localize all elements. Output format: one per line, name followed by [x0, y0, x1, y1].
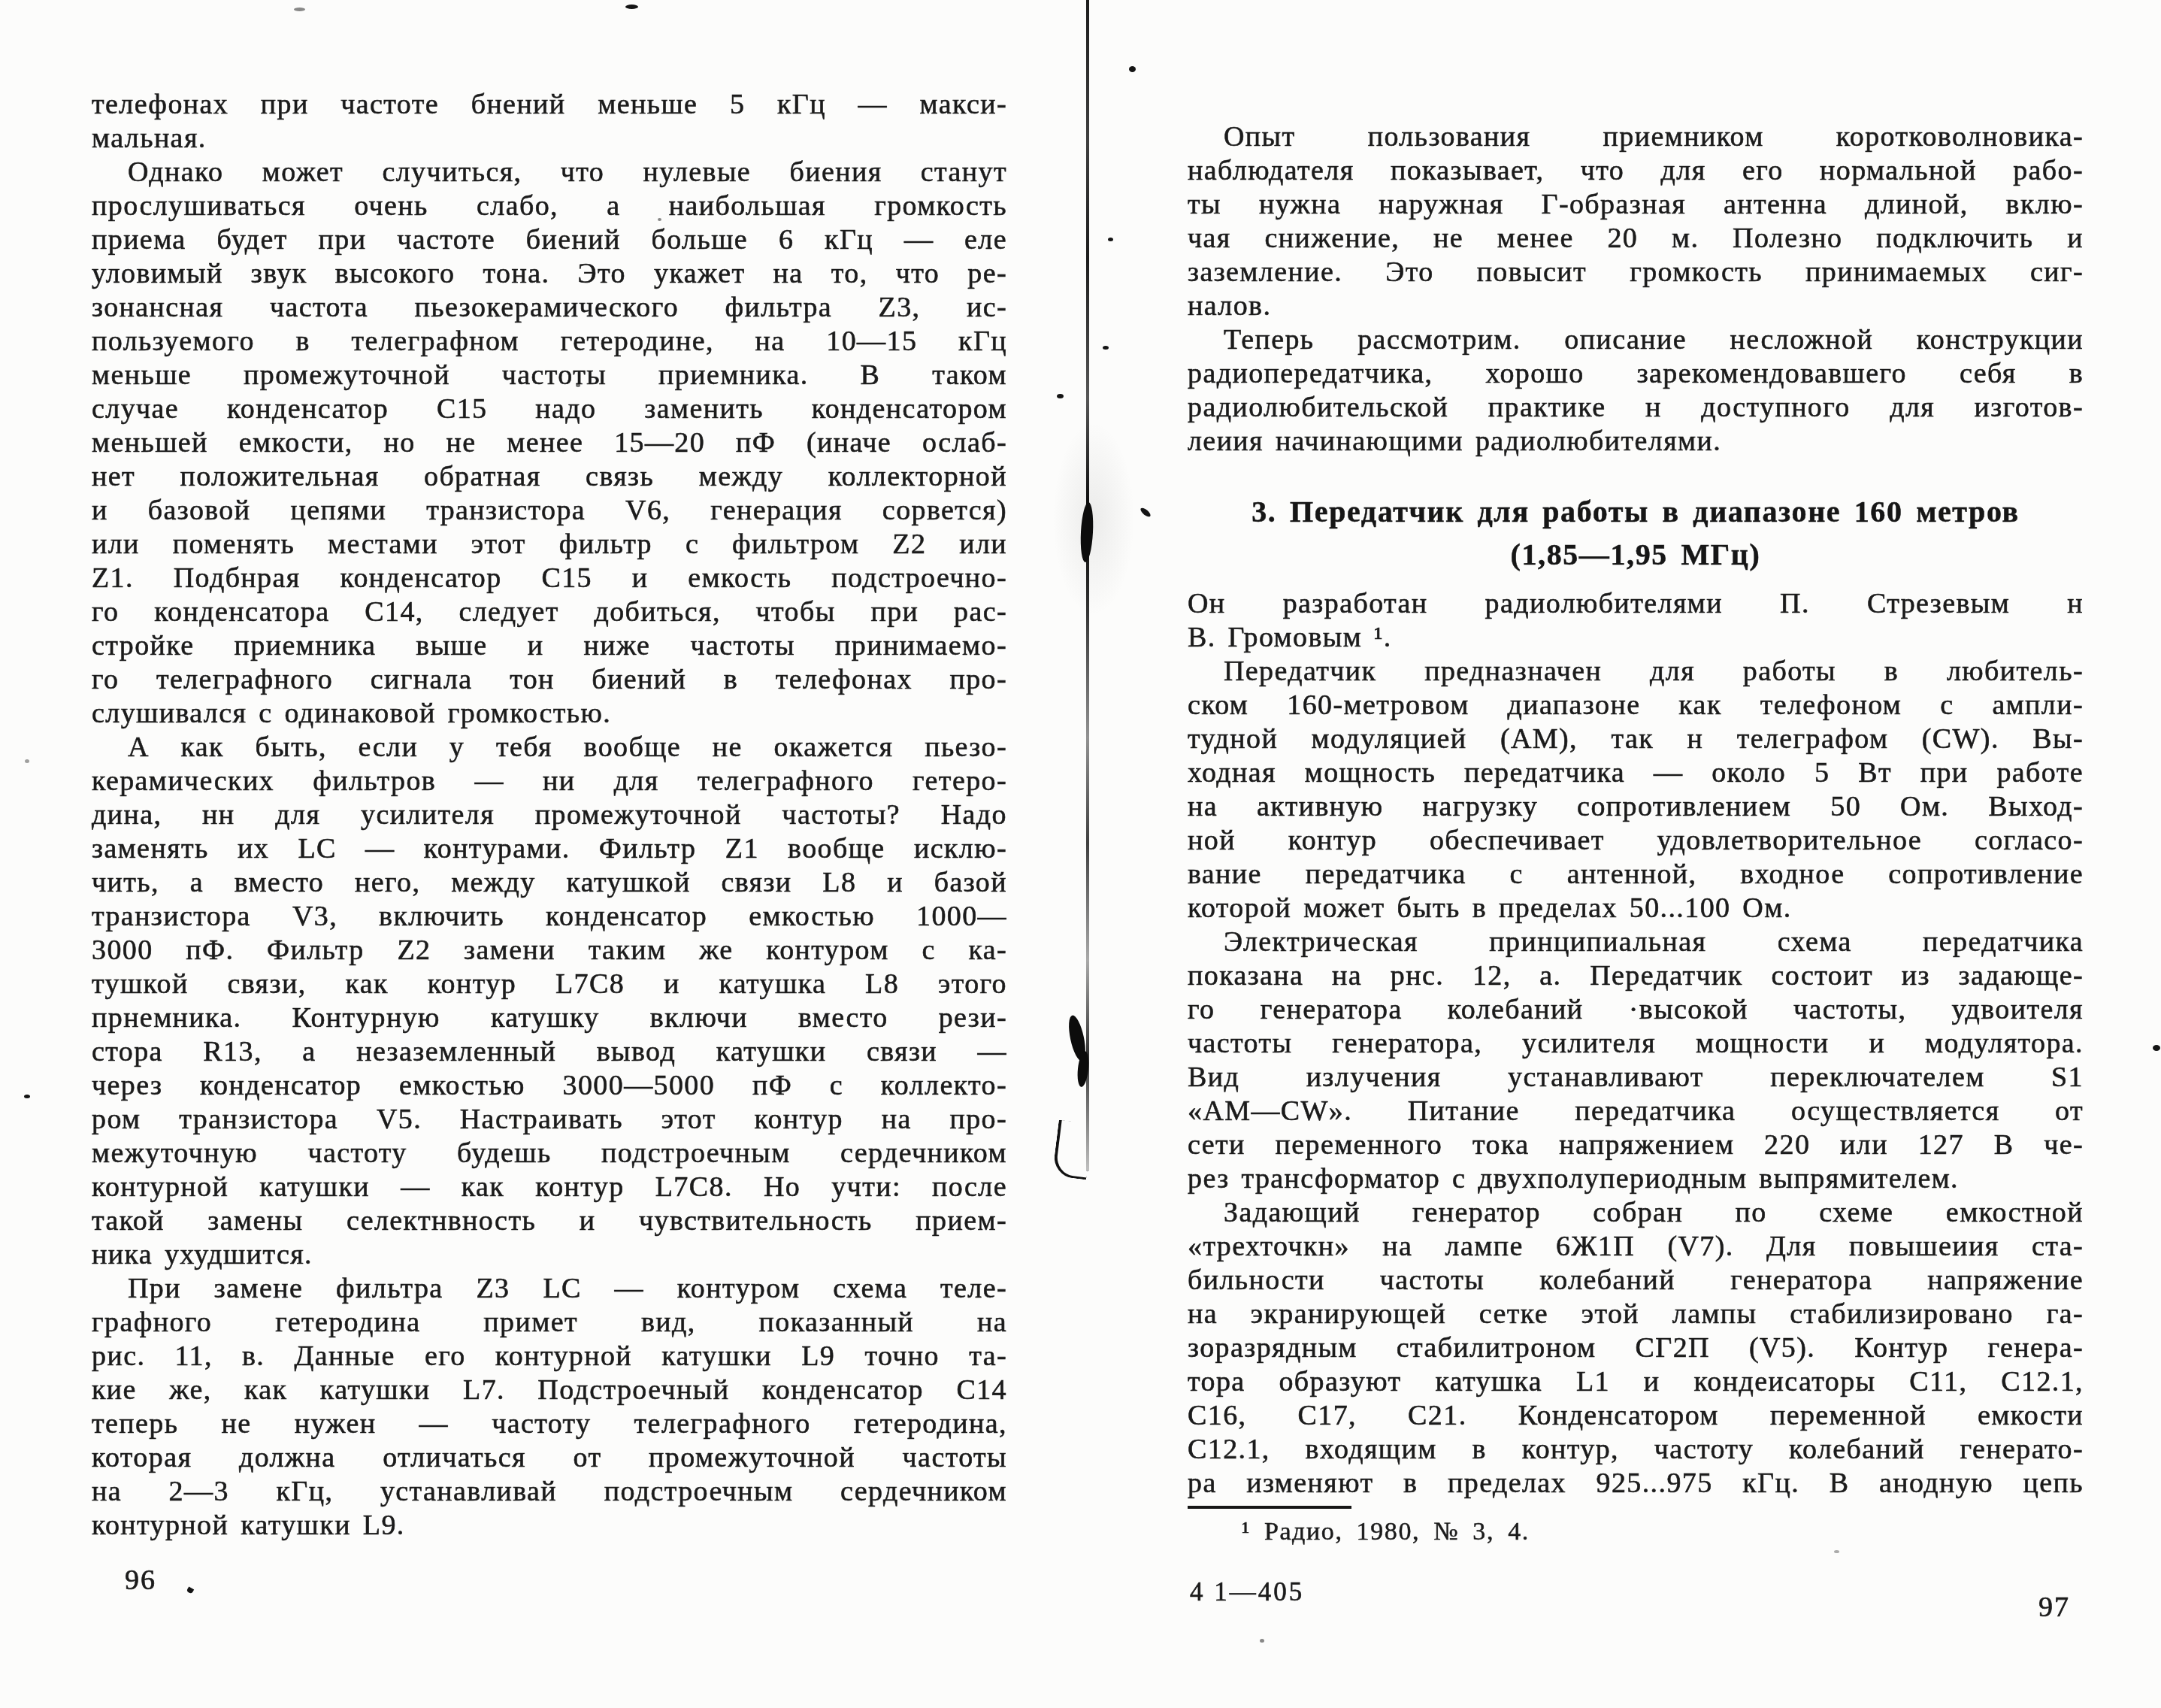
text-line: частоты генератора, усилителя мощности и… — [1188, 1027, 2084, 1061]
text-line: заземление. Это повысит громкость приним… — [1188, 256, 2084, 289]
text-line: го генератора колебаний ·высокой частоты… — [1188, 993, 2084, 1027]
text-line: пользуемого в телеграфном гетеродине, на… — [92, 325, 1007, 359]
text-line: которая должна отличаться от промежуточн… — [92, 1441, 1007, 1475]
text-line: контурной катушки — как контур L7C8. Но … — [92, 1170, 1007, 1204]
scan-speck — [1140, 507, 1152, 519]
right-page-body-text: Он разработан радиолюбителями П. Стрезев… — [1188, 587, 2084, 1501]
text-line: заменять их LC — контурами. Фильтр Z1 во… — [92, 832, 1007, 866]
text-line: тушкой связи, как контур L7C8 и катушка … — [92, 968, 1007, 1001]
text-line: радиопередатчика, хорошо зарекомендовавш… — [1188, 357, 2084, 391]
text-line: меньшей емкости, но не менее 15—20 пФ (и… — [92, 426, 1007, 460]
scan-speck — [1103, 346, 1109, 350]
page-number-left: 96 — [125, 1564, 156, 1597]
text-line: приема будет при частоте биений больше 6… — [92, 223, 1007, 257]
text-line: рез трансформатор с двухполупериодным вы… — [1188, 1162, 2084, 1196]
right-page-intro-text: Опыт пользования приемником коротковолно… — [1188, 120, 2084, 459]
text-line: на экранирующей сетке этой лампы стабили… — [1188, 1298, 2084, 1331]
text-line: ты нужна наружная Г-образная антенна дли… — [1188, 188, 2084, 222]
text-line: В. Громовым ¹. — [1188, 621, 2084, 655]
text-line: ра изменяют в пределах 925...975 кГц. В … — [1188, 1467, 2084, 1501]
footnote-text: ¹ Радио, 1980, № 3, 4. — [1188, 1516, 1864, 1548]
text-line: леиия начинающими радиолюбителями. — [1188, 425, 2084, 459]
text-line: сети переменного тока напряжением 220 ил… — [1188, 1128, 2084, 1162]
text-line: чая снижение, не менее 20 м. Полезно под… — [1188, 222, 2084, 256]
scan-speck — [294, 8, 305, 11]
text-line: бильности частоты колебаний генератора н… — [1188, 1264, 2084, 1298]
scan-speck — [658, 218, 661, 221]
text-line: налов. — [1188, 289, 2084, 323]
left-page-text-column: телефонах при частоте бнений меньше 5 кГ… — [92, 88, 1007, 1543]
text-line: ходная мощность передатчика — около 5 Вт… — [1188, 756, 2084, 790]
text-line: стройке приемника выше и ниже частоты пр… — [92, 629, 1007, 663]
text-line: телефонах при частоте бнений меньше 5 кГ… — [92, 88, 1007, 122]
text-line: стора R13, а незаземленный вывод катушки… — [92, 1035, 1007, 1069]
text-line: Передатчик предназначен для работы в люб… — [1188, 655, 2084, 689]
text-line: чить, а вместо него, между катушкой связ… — [92, 866, 1007, 900]
text-line: контурной катушки L9. — [92, 1509, 1007, 1543]
text-line: показана на рнс. 12, а. Передатчик состо… — [1188, 959, 2084, 993]
scan-speck — [2153, 1045, 2160, 1051]
text-line: такой замены селектнвность и чувствитель… — [92, 1204, 1007, 1238]
text-line: 3000 пФ. Фильтр Z2 замени таким же конту… — [92, 934, 1007, 968]
gutter-binding-line — [1086, 0, 1089, 1171]
section-heading: 3. Передатчик для работы в диапазоне 160… — [1188, 490, 2084, 576]
scan-speck — [1129, 66, 1136, 72]
scan-speck — [25, 759, 29, 763]
text-line: на активную нагрузку сопротивлением 50 О… — [1188, 790, 2084, 824]
text-line: Z1. Подбнрая конденсатор C15 и емкость п… — [92, 562, 1007, 595]
scan-speck — [1834, 1550, 1839, 1553]
page-number-right: 97 — [2038, 1591, 2070, 1624]
text-line: радиолюбительской практике н доступного … — [1188, 391, 2084, 425]
text-line: ника ухудшится. — [92, 1238, 1007, 1272]
text-line: «AM—CW». Питание передатчика осуществляе… — [1188, 1095, 2084, 1128]
text-line: тудной модуляцией (AM), так н телеграфом… — [1188, 722, 2084, 756]
text-line: вание передатчика с антенной, входное со… — [1188, 858, 2084, 892]
text-line: дина, нн для усилителя промежуточной час… — [92, 798, 1007, 832]
scan-speck — [1260, 1639, 1264, 1643]
text-line: Однако может случиться, что нулевые биен… — [92, 156, 1007, 189]
text-line: При замене фильтра Z3 LC — контуром схем… — [92, 1272, 1007, 1306]
text-line: го конденсатора C14, следует добиться, ч… — [92, 595, 1007, 629]
scan-speck — [1057, 394, 1064, 398]
text-line: А как быть, если у тебя вообще не окажет… — [92, 731, 1007, 765]
text-line: Задающий генератор собран по схеме емкос… — [1188, 1196, 2084, 1230]
scan-speck — [625, 5, 638, 9]
text-line: рис. 11, в. Данные его контурной катушки… — [92, 1340, 1007, 1373]
text-line: слушивался с одинаковой громкостью. — [92, 697, 1007, 731]
text-line: Вид излучения устанавливают переключател… — [1188, 1061, 2084, 1095]
printers-signature-mark: 4 1—405 — [1190, 1577, 1304, 1607]
scan-speck — [576, 383, 580, 387]
gutter-ink-hook — [1052, 1119, 1094, 1180]
text-line: случае конденсатор C15 надо заменить кон… — [92, 392, 1007, 426]
section-heading-line2: (1,85—1,95 МГц) — [1188, 533, 2084, 576]
text-line: зонансная частота пьезокерамического фил… — [92, 291, 1007, 325]
text-line: C12.1, входящим в контур, частоту колеба… — [1188, 1433, 2084, 1467]
text-line: C16, C17, C21. Конденсатором переменной … — [1188, 1399, 2084, 1433]
text-line: ском 160-метровом диапазоне как телефоно… — [1188, 689, 2084, 722]
text-line: Опыт пользования приемником коротковолно… — [1188, 120, 2084, 154]
text-line: Теперь рассмотрим. описание несложной ко… — [1188, 323, 2084, 357]
text-line: и базовой цепями транзистора V6, генерац… — [92, 494, 1007, 528]
text-line: кие же, как катушки L7. Подстроечный кон… — [92, 1373, 1007, 1407]
text-line: «трехточкн» на лампе 6Ж1П (V7). Для повы… — [1188, 1230, 2084, 1264]
text-line: ром транзистора V5. Настраивать этот кон… — [92, 1103, 1007, 1137]
scan-speck — [186, 1586, 194, 1594]
scan-speck — [24, 1095, 30, 1098]
text-line: теперь не нужен — частоту телеграфного г… — [92, 1407, 1007, 1441]
scanned-book-spread: телефонах при частоте бнений меньше 5 кГ… — [0, 0, 2161, 1708]
text-line: которой может быть в пределах 50...100 О… — [1188, 892, 2084, 925]
text-line: уловимый звук высокого тона. Это укажет … — [92, 257, 1007, 291]
text-line: Он разработан радиолюбителями П. Стрезев… — [1188, 587, 2084, 621]
text-line: меньше промежуточной частоты приемника. … — [92, 359, 1007, 392]
text-line: зоразрядным стабилитроном СГ2П (V5). Кон… — [1188, 1331, 2084, 1365]
text-line: на 2—3 кГц, устанавливай подстроечным се… — [92, 1475, 1007, 1509]
text-line: наблюдателя показывает, что для его норм… — [1188, 154, 2084, 188]
text-line: графного гетеродина примет вид, показанн… — [92, 1306, 1007, 1340]
text-line: ной контур обеспечивает удовлетворительн… — [1188, 824, 2084, 858]
text-line: мальная. — [92, 122, 1007, 156]
text-line: прнемника. Контурную катушку включи вмес… — [92, 1001, 1007, 1035]
text-line: нет положительная обратная связь между к… — [92, 460, 1007, 494]
text-line: керамических фильтров — ни для телеграфн… — [92, 765, 1007, 798]
text-line: или поменять местами этот фильтр с фильт… — [92, 528, 1007, 562]
section-heading-line1: 3. Передатчик для работы в диапазоне 160… — [1188, 490, 2084, 533]
text-line: тора образуют катушка L1 и кондеисаторы … — [1188, 1365, 2084, 1399]
text-line: через конденсатор емкостью 3000—5000 пФ … — [92, 1069, 1007, 1103]
footnote-divider — [1188, 1506, 1351, 1509]
text-line: межуточную частоту будешь подстроечным с… — [92, 1137, 1007, 1170]
text-line: Электрическая принципиальная схема перед… — [1188, 925, 2084, 959]
scan-speck — [1108, 238, 1113, 241]
text-line: прослушиваться очень слабо, а наибольшая… — [92, 189, 1007, 223]
text-line: транзистора V3, включить конденсатор емк… — [92, 900, 1007, 934]
gutter-smudge — [1052, 421, 1135, 616]
text-line: го телеграфного сигнала тон биений в тел… — [92, 663, 1007, 697]
